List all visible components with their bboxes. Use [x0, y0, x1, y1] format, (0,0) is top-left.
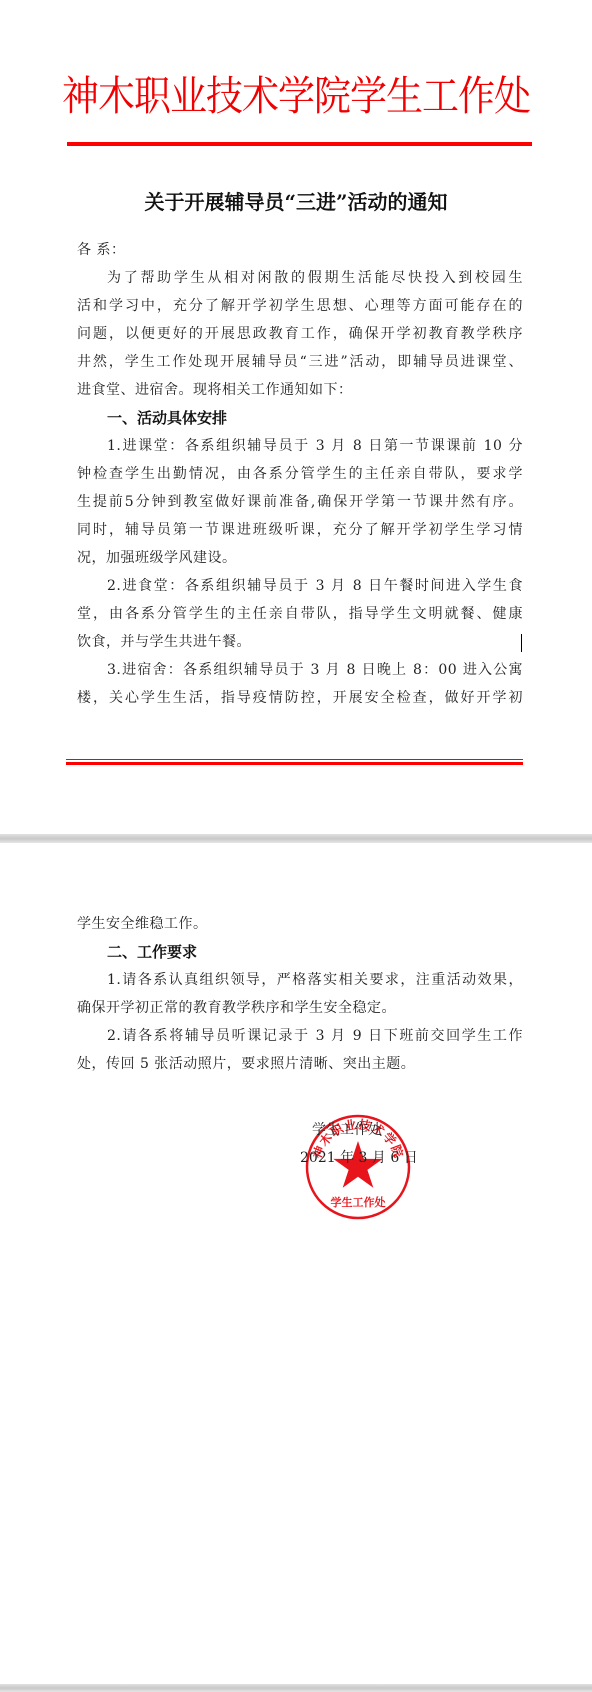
section1-item2-line: 2.进食堂：各系组织辅导员于 3 月 8 日午餐时间进入学生食 — [107, 572, 523, 600]
salutation: 各 系： — [77, 236, 523, 264]
section1-item1-line: 生提前5分钟到教室做好课前准备,确保开学第一节课井然有序。 — [77, 488, 523, 516]
intro-line: 为了帮助学生从相对闲散的假期生活能尽快投入到校园生 — [107, 264, 523, 292]
document-page-1: 神木职业技术学院学生工作处 关于开展辅导员“三进”活动的通知 各 系： 为了帮助… — [0, 0, 592, 834]
section2-item2-line: 2.请各系将辅导员听课记录于 3 月 9 日下班前交回学生工作 — [107, 1022, 523, 1050]
signature-issuer: 学生工作处 — [312, 1121, 382, 1139]
section2-item1-line: 确保开学初正常的教育教学秩序和学生安全稳定。 — [77, 994, 523, 1022]
section1-item3-line: 楼，关心学生生活，指导疫情防控，开展安全检查，做好开学初 — [77, 684, 523, 712]
seal-center-text: 学生工作处 — [331, 1195, 386, 1209]
footer-red-rule-thin — [66, 759, 523, 760]
intro-line: 进食堂、进宿舍。现将相关工作通知如下： — [77, 376, 523, 404]
document-title: 关于开展辅导员“三进”活动的通知 — [0, 188, 592, 216]
signature-date: 2021 年 3 月 6 日 — [300, 1149, 418, 1167]
intro-line: 井然，学生工作处现开展辅导员“三进”活动，即辅导员进课堂、 — [77, 348, 523, 376]
masthead-red-rule — [67, 142, 532, 146]
section-heading-1: 一、活动具体安排 — [107, 404, 227, 432]
section2-item2-line: 处，传回 5 张活动照片，要求照片清晰、突出主题。 — [77, 1050, 523, 1078]
section1-item1-line: 况，加强班级学风建设。 — [77, 544, 523, 572]
masthead-title: 神木职业技术学院学生工作处 — [0, 70, 592, 125]
footer-red-rule-thick — [66, 762, 523, 765]
section1-item2-line: 饮食，并与学生共进午餐。 — [77, 628, 523, 656]
section2-item1-line: 1.请各系认真组织领导，严格落实相关要求，注重活动效果， — [107, 966, 523, 994]
section-heading-2: 二、工作要求 — [107, 938, 197, 966]
page-separator — [0, 1684, 592, 1692]
section1-item1-line: 同时，辅导员第一节课进班级听课，充分了解开学初学生学习情 — [77, 516, 523, 544]
section1-item1-line: 钟检查学生出勤情况，由各系分管学生的主任亲自带队，要求学 — [77, 460, 523, 488]
intro-line: 活和学习中，充分了解开学初学生思想、心理等方面可能存在的 — [77, 292, 523, 320]
intro-line: 问题，以便更好的开展思政教育工作，确保开学初教育教学秩序 — [77, 320, 523, 348]
section1-item2-line: 堂，由各系分管学生的主任亲自带队，指导学生文明就餐、健康 — [77, 600, 523, 628]
document-page-2: 学生安全维稳工作。 二、工作要求 1.请各系认真组织领导，严格落实相关要求，注重… — [0, 843, 592, 1684]
section1-item3-line: 学生安全维稳工作。 — [77, 910, 523, 938]
section1-item1-line: 1.进课堂：各系组织辅导员于 3 月 8 日第一节课课前 10 分 — [107, 432, 523, 460]
section1-item3-line: 3.进宿舍：各系组织辅导员于 3 月 8 日晚上 8：00 进入公寓 — [107, 656, 523, 684]
page-separator — [0, 834, 592, 843]
